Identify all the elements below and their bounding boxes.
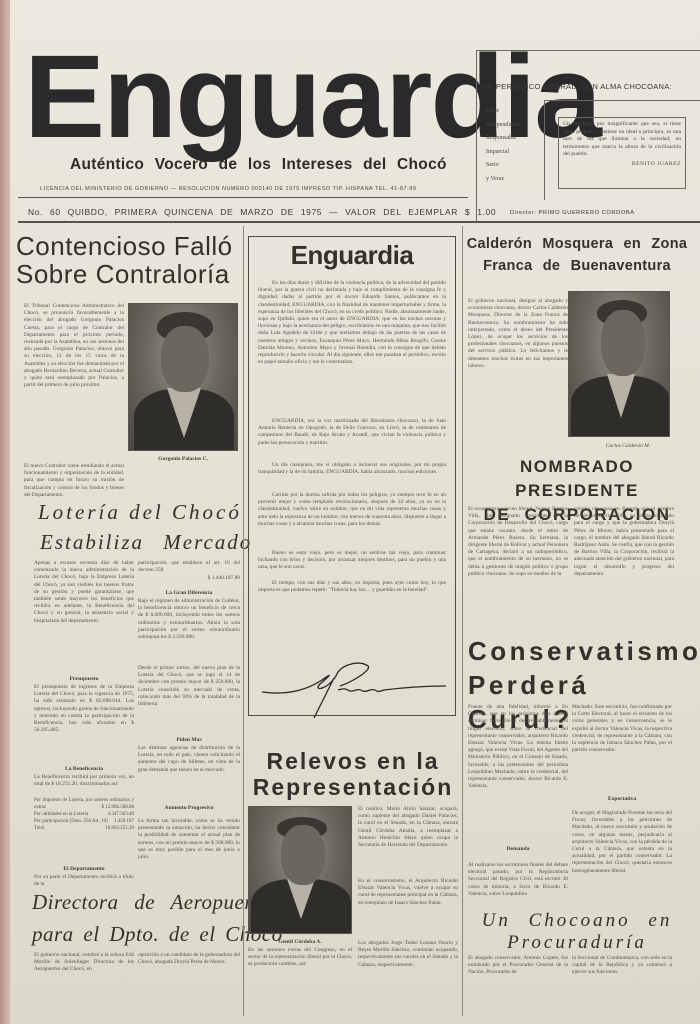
quote-text: Un periódico por insignificante que sea,… <box>563 121 681 157</box>
ledger-row: Por utilidades en la Lotería 4.347.563.4… <box>34 811 134 818</box>
article-body: Fuente de alta fidelidad, informó a En G… <box>468 704 568 852</box>
ledger-row: Por impuesto de Lotería, por sorteos ord… <box>34 797 134 811</box>
editorial-paragraph: En los días duros y difíciles de la viol… <box>258 280 446 418</box>
qualities-list: Libre Independiente Responsable Imparcia… <box>486 105 520 186</box>
headline-line: Calderón Mosquera en Zona <box>466 233 688 255</box>
quality-item: Imparcial <box>486 146 520 160</box>
article-body: colonia chocoana en Bogotá, que el nombr… <box>574 506 674 634</box>
headline-line: Procuraduría <box>466 932 688 954</box>
headline-calderon: Calderón Mosquera en Zona Franca de Buen… <box>466 233 688 277</box>
quality-item: Serio <box>486 159 520 173</box>
headline-line: Sobre Contraloría <box>16 260 233 288</box>
article-body: Las distintas agencias de distribución d… <box>138 745 240 795</box>
editorial-paragraph: Curtido por la dureza sufrida por todos … <box>258 492 446 550</box>
editorial-headline: Enguardia <box>248 240 456 271</box>
masthead-title: Enguardia <box>24 38 477 156</box>
subhead: Aumento Progresivo <box>138 805 240 811</box>
portrait-photo <box>248 806 352 934</box>
motto-heading: UN PERIODICO LIBERAL, CON ALMA CHOCOANA: <box>482 82 672 91</box>
headline-directora-2: para el Dpto. de el Chocó <box>32 922 283 947</box>
headline-line: Un Chocoano en <box>466 910 688 932</box>
newspaper-page: Enguardia Auténtico Vocero de los Intere… <box>10 0 700 1024</box>
headline-line: Representación <box>248 774 458 800</box>
subhead: La Beneficencia <box>34 766 134 772</box>
editorial-paragraph: ENGUARDIA, era la voz martirizada del li… <box>258 418 446 462</box>
portrait-photo <box>128 303 238 451</box>
article-body: la Seccional de Cundinamarca, con sede e… <box>572 955 672 985</box>
headline-loteria-2: Estabiliza Mercado <box>40 530 252 555</box>
article-body: El gobierno nacional, nombró a la señora… <box>34 952 134 982</box>
editorial-paragraph: Bueno es estar viejo, pero es mejor, no … <box>258 550 446 580</box>
headline-contencioso: Contencioso Falló Sobre Contraloría <box>16 232 233 288</box>
subhead: La Gran Diferencia <box>138 590 240 596</box>
headline-line: NOMBRADO PRESIDENTE <box>466 455 688 503</box>
article-body: La Beneficencia recibirá por primera vez… <box>34 774 134 796</box>
quality-item: y Veraz <box>486 173 520 187</box>
photo-caption: Gentil Córdoba A. <box>248 939 352 945</box>
article-body: Desde el primer sorteo, del nuevo plan d… <box>138 665 240 723</box>
subhead: Expectativa <box>572 796 672 802</box>
headline-line: Franca de Buenaventura <box>466 255 688 277</box>
headline-procuraduria: Un Chocoano en Procuraduría <box>466 910 688 954</box>
column-rule <box>243 226 244 1016</box>
article-body: El médico, Mario Alirio Salazar, ocupará… <box>358 806 458 871</box>
quality-item: Libre <box>486 105 520 119</box>
article-body: Bajo el régimen de administración de Cod… <box>138 598 240 664</box>
headline-line: Relevos en la <box>248 748 458 774</box>
photo-caption: Carlos Calderón M. <box>578 443 678 449</box>
director-line: Director: PRIMO GUERRERO CORDOBA <box>510 210 635 216</box>
ledger-row: Total 18.603.251.20 <box>34 825 134 832</box>
juarez-quote: Un periódico por insignificante que sea,… <box>558 117 686 189</box>
subhead: El Departamento <box>34 866 134 872</box>
signature-icon <box>260 660 450 720</box>
issue-line: No. 60 QUIBDO, PRIMERA QUINCENA DE MARZO… <box>28 207 496 217</box>
article-body: El Tribunal Contencioso Administrativo d… <box>24 303 124 463</box>
subhead: Piden Más <box>138 737 240 743</box>
editorial-paragraph: El tiempo, con sus días y sus años, no i… <box>258 580 446 618</box>
headline-relevos: Relevos en la Representación <box>248 748 458 800</box>
beneficencia-ledger: Por impuesto de Lotería, por sorteos ord… <box>34 797 134 832</box>
amount: $ 1.440.187.80 <box>138 575 240 582</box>
subhead: Demanda <box>468 846 568 852</box>
quality-item: Independiente <box>486 119 520 133</box>
portrait-photo <box>568 291 670 437</box>
ledger-row: Por participación (Deto. 258 Art. 10) 1.… <box>34 818 134 825</box>
photo-caption: Gorgonio Palacios C. <box>128 456 238 462</box>
divider <box>18 197 468 198</box>
subhead: Presupuesto <box>34 676 134 682</box>
masthead-tagline: Auténtico Vocero de los Intereses del Ch… <box>70 156 447 174</box>
headline-directora-1: Directora de Aeropuerto <box>32 890 270 915</box>
article-body: El nuevo Contralor viene estudiando el a… <box>24 463 124 499</box>
editorial-paragraph: Un día cualquiera, me vi obligado a inci… <box>258 462 446 492</box>
article-body: En las sesiones extras del Congreso, en … <box>248 947 352 977</box>
article-body: El presupuesto de ingresos de la Empresa… <box>34 684 134 756</box>
quote-author: BENITO JUAREZ <box>563 161 681 169</box>
article-body: El abogado conservador, Antonio Copete, … <box>468 955 568 985</box>
article-body: Al realizarse los escrutinios finales de… <box>468 862 568 914</box>
column-rule <box>462 226 463 1016</box>
article-body: oposición a un candidato de la gobernado… <box>138 952 240 982</box>
article-body: Los abogados Jorge Tadeo Lozano Osorio y… <box>358 940 458 978</box>
article-body: El gobierno nacional, designó al abogado… <box>468 298 568 428</box>
quality-item: Responsable <box>486 132 520 146</box>
headline-line: Contencioso Falló <box>16 232 233 260</box>
article-body: De acoger, el Magistrado Ponente las tes… <box>572 810 672 914</box>
article-body: Machado. Este escrutinio, fue confirmado… <box>572 704 672 790</box>
article-body: El economista y joven liberal, Nelson Ba… <box>468 506 568 634</box>
headline-line: Conservatismo <box>468 634 688 668</box>
headline-loteria-1: Lotería del Chocó <box>38 500 242 525</box>
license-line: LICENCIA DEL MINISTERIO DE GOBIERNO — RE… <box>40 186 417 192</box>
article-body: En el conservatismo, el Arquitecto Ricar… <box>358 878 458 928</box>
article-body: Por su parte el Departamento recibirá a … <box>34 874 134 890</box>
article-body: La forma tan favorable, como se ha venid… <box>138 818 240 884</box>
article-body: participación, que establece el art. 19 … <box>138 560 240 576</box>
article-body: Apenas a escasos noventa días de haber c… <box>34 560 134 660</box>
